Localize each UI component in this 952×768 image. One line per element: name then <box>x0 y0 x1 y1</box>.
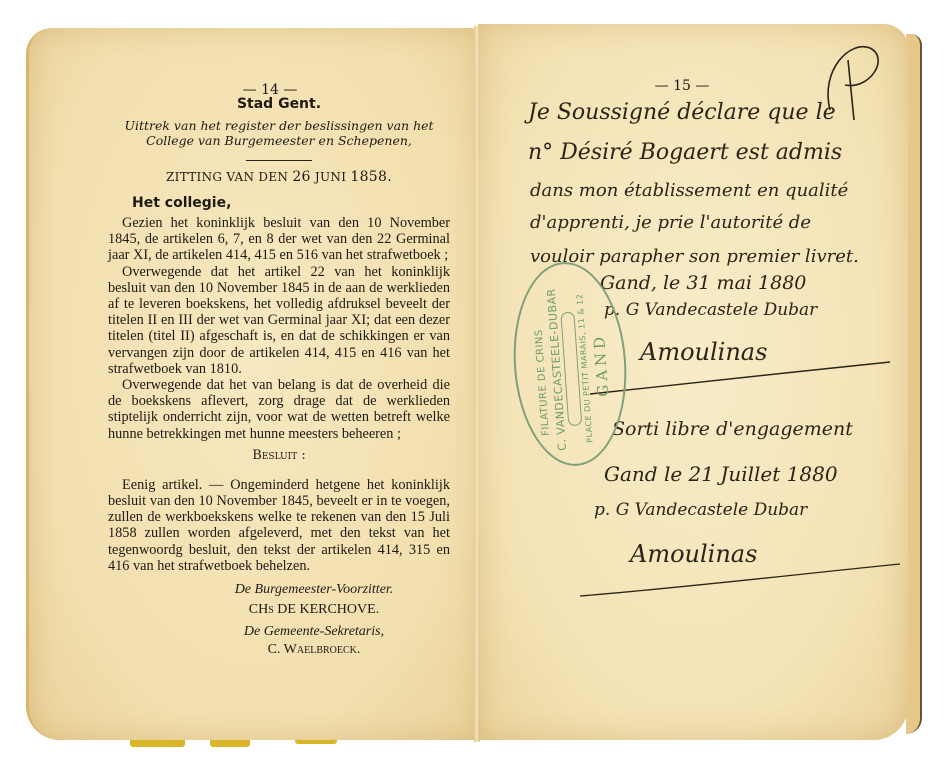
document-title: Stad Gent. <box>108 96 450 112</box>
stamp-text: GAND <box>590 332 612 397</box>
article-paragraph: Eenig artikel. — Ongeminderd hetgene het… <box>108 477 450 574</box>
paragraph: Overwegende dat het artikel 22 van het k… <box>108 264 450 377</box>
subtitle-line: College van Burgemeester en Schepenen, <box>108 133 450 148</box>
session-date: ZITTING VAN DEN 26 JUNI 1858. <box>108 169 450 185</box>
open-booklet: — 14 — Stad Gent. Uittrek van het regist… <box>0 0 952 768</box>
mayor-title: De Burgemeester-Voorzitter. <box>178 582 450 598</box>
page-number-right: — 15 — <box>642 78 722 94</box>
handwritten-line: n° Désiré Bogaert est admis <box>528 140 842 165</box>
handwritten-line: dans mon établissement en qualité <box>530 180 848 201</box>
signature-block: De Burgemeester-Voorzitter. CHs DE KERCH… <box>178 582 450 658</box>
handwritten-line: Je Soussigné déclare que le <box>528 100 836 125</box>
mayor-name: CHs DE KERCHOVE. <box>178 602 450 618</box>
signature-underline <box>580 560 900 600</box>
right-page-edge <box>906 34 922 734</box>
release-note: Sorti libre d'engagement <box>612 418 853 440</box>
handwritten-line: d'apprenti, je prie l'autorité de <box>530 212 811 233</box>
subtitle-line: Uittrek van het register der beslissinge… <box>108 118 450 133</box>
date-line: Gand, le 31 mai 1880 <box>600 272 806 294</box>
section-heading: Het collegie, <box>132 195 450 211</box>
session-day: 26 <box>292 169 310 185</box>
session-month: JUNI <box>315 170 346 184</box>
subtitle: Uittrek van het register der beslissinge… <box>108 118 450 148</box>
paragraph: Overwegende dat het van belang is dat de… <box>108 377 450 442</box>
date-line: Gand le 21 Juillet 1880 <box>604 462 838 486</box>
session-prefix: ZITTING VAN DEN <box>166 170 288 184</box>
yellow-tab <box>130 740 185 747</box>
firm-signature: p. G Vandecastele Dubar <box>604 300 817 320</box>
yellow-tab <box>210 740 250 747</box>
handwritten-line: vouloir parapher son premier livret. <box>530 246 859 267</box>
divider <box>246 160 312 161</box>
monogram-flourish-icon <box>820 40 890 140</box>
signature-underline <box>590 360 890 400</box>
yellow-tab <box>295 740 337 744</box>
session-year: 1858. <box>350 169 392 185</box>
besluit-heading: Besluit : <box>108 448 450 463</box>
left-page-content: Stad Gent. Uittrek van het register der … <box>108 72 450 658</box>
secretary-name: C. Waelbroeck. <box>178 642 450 658</box>
secretary-title: De Gemeente-Sekretaris, <box>178 624 450 640</box>
firm-signature: p. G Vandecastele Dubar <box>594 500 807 520</box>
paragraph: Gezien het koninklijk besluit van den 10… <box>108 215 450 264</box>
